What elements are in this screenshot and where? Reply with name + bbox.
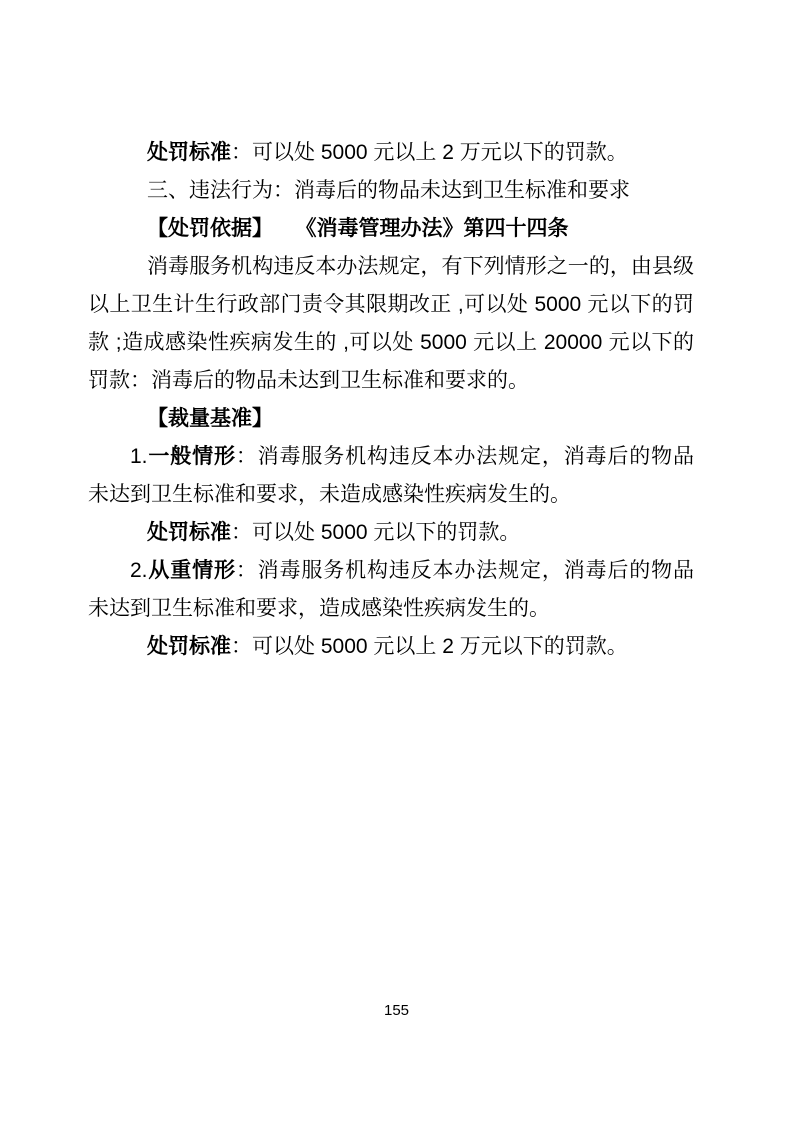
text-segment: 消毒服务机构违反本办法规定，有下列情形之一的，由县级 bbox=[147, 255, 694, 278]
text-segment: ：可以处 5000 元以下的罚款。 bbox=[231, 521, 520, 544]
text-segment: 三、违法行为：消毒后的物品未达到卫生标准和要求 bbox=[147, 179, 630, 202]
aggravated-case-line-1: 2.从重情形：消毒服务机构违反本办法规定，消毒后的物品 bbox=[88, 552, 694, 590]
statute-paragraph-line-4: 罚款：消毒后的物品未达到卫生标准和要求的。 bbox=[88, 362, 694, 400]
text-segment: 未达到卫生标准和要求，造成感染性疾病发生的。 bbox=[88, 597, 550, 620]
text-segment: 款 ;造成感染性疾病发生的 ,可以处 5000 元以上 20000 元以下的 bbox=[88, 331, 694, 354]
penalty-standard-line-1: 处罚标准：可以处 5000 元以上 2 万元以下的罚款。 bbox=[88, 134, 694, 172]
aggravated-case-line-2: 未达到卫生标准和要求，造成感染性疾病发生的。 bbox=[88, 590, 694, 628]
discretion-benchmark-heading: 【裁量基准】 bbox=[88, 400, 694, 438]
statute-paragraph-line-2: 以上卫生计生行政部门责令其限期改正 ,可以处 5000 元以下的罚 bbox=[88, 286, 694, 324]
text-segment: 以上卫生计生行政部门责令其限期改正 ,可以处 5000 元以下的罚 bbox=[88, 293, 694, 316]
penalty-standard-line-2: 处罚标准：可以处 5000 元以下的罚款。 bbox=[88, 514, 694, 552]
text-segment: ：可以处 5000 元以上 2 万元以下的罚款。 bbox=[231, 635, 628, 658]
statute-paragraph-line-1: 消毒服务机构违反本办法规定，有下列情形之一的，由县级 bbox=[88, 248, 694, 286]
bold-label: 处罚标准 bbox=[147, 141, 231, 164]
document-page: 处罚标准：可以处 5000 元以上 2 万元以下的罚款。 三、违法行为：消毒后的… bbox=[0, 0, 793, 1122]
text-segment: ：可以处 5000 元以上 2 万元以下的罚款。 bbox=[231, 141, 628, 164]
bold-label: 一般情形 bbox=[148, 445, 236, 468]
bold-label: 处罚标准 bbox=[147, 635, 231, 658]
list-number: 1. bbox=[130, 445, 148, 468]
document-body: 处罚标准：可以处 5000 元以上 2 万元以下的罚款。 三、违法行为：消毒后的… bbox=[88, 134, 694, 666]
page-number: 155 bbox=[0, 1001, 793, 1021]
penalty-standard-line-3: 处罚标准：可以处 5000 元以上 2 万元以下的罚款。 bbox=[88, 628, 694, 666]
text-segment: 罚款：消毒后的物品未达到卫生标准和要求的。 bbox=[88, 369, 529, 392]
violation-item-3-heading: 三、违法行为：消毒后的物品未达到卫生标准和要求 bbox=[88, 172, 694, 210]
regulation-title: 《消毒管理办法》第四十四条 bbox=[306, 217, 569, 240]
statute-paragraph-line-3: 款 ;造成感染性疾病发生的 ,可以处 5000 元以上 20000 元以下的 bbox=[88, 324, 694, 362]
general-case-line-2: 未达到卫生标准和要求，未造成感染性疾病发生的。 bbox=[88, 476, 694, 514]
penalty-basis-heading: 【处罚依据】《消毒管理办法》第四十四条 bbox=[88, 210, 694, 248]
bold-label: 从重情形 bbox=[148, 559, 236, 582]
text-segment: 未达到卫生标准和要求，未造成感染性疾病发生的。 bbox=[88, 483, 571, 506]
text-segment: ：消毒服务机构违反本办法规定，消毒后的物品 bbox=[236, 559, 694, 582]
bold-label: 处罚标准 bbox=[147, 521, 231, 544]
general-case-line-1: 1.一般情形：消毒服务机构违反本办法规定，消毒后的物品 bbox=[88, 438, 694, 476]
bold-label: 【裁量基准】 bbox=[147, 407, 273, 430]
list-number: 2. bbox=[130, 559, 148, 582]
bold-label: 【处罚依据】 bbox=[147, 217, 273, 240]
text-segment: ：消毒服务机构违反本办法规定，消毒后的物品 bbox=[236, 445, 694, 468]
